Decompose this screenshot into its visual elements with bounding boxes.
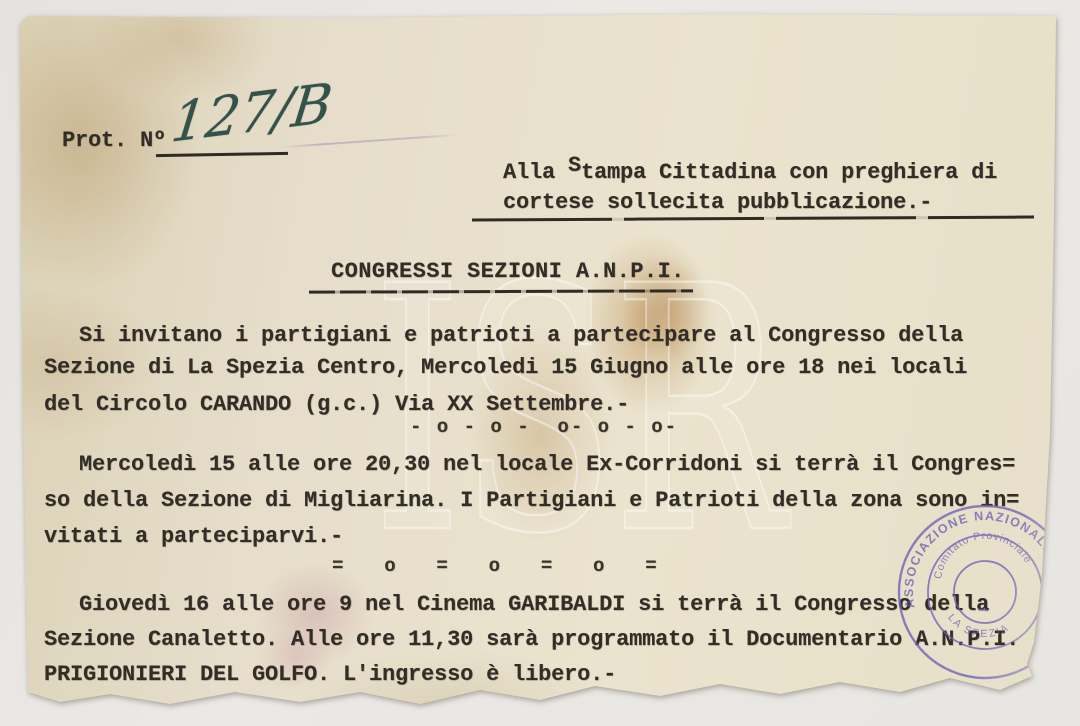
document-title: CONGRESSI SEZIONI A.N.P.I. [331,259,685,284]
recipient-line-1-rest: tampa Cittadina con preghiera di [581,160,997,185]
recipient-word: Alla [503,160,555,185]
stamp-outer-circle [890,497,1079,686]
anpi-round-stamp: ASSOCIAZIONE NAZIONALE PARTIGIANI Comita… [881,488,1080,697]
paragraph3-line2: Sezione Canaletto. Alle ore 11,30 sarà p… [44,627,1019,652]
stamp-outer-text: ASSOCIAZIONE NAZIONALE PARTIGIANI [883,488,1079,627]
recipient-underline [472,216,1034,222]
document-paper: ISR Prot. Nº 127/B Alla Stampa Cittadina… [20,14,1057,710]
paragraph2-line1: Mercoledì 15 alle ore 20,30 nel locale E… [79,452,1015,477]
recipient-line-2: cortese sollecita pubblicazione.- [503,190,932,215]
protocol-number-handwritten: 127/B [168,71,336,155]
stamp-center-dash [978,608,988,611]
recipient-raised-letter: S [568,153,581,178]
paragraph2-line2: so della Sezione di Migliarina. I Partig… [44,488,1019,513]
paragraph2-line3: vitati a parteciparvi.- [44,524,343,549]
section-separator-1: - o - o - o- o - o- [410,416,678,438]
paper-shadow-wrap: ISR Prot. Nº 127/B Alla Stampa Cittadina… [20,14,1057,710]
protocol-label: Prot. Nº [62,128,166,153]
paragraph3-line1: Giovedì 16 alle ore 9 nel Cinema GARIBAL… [79,592,989,617]
recipient-line-1: Alla Stampa Cittadina con preghiera di [503,160,997,185]
paragraph1-line2: Sezione di La Spezia Centro, Mercoledi 1… [44,355,967,380]
paragraph1-line3: del Circolo CARANDO (g.c.) Via XX Settem… [44,392,629,417]
stamp-inner-top-text: Comitato Provinciale [932,524,1037,589]
scan-background: ISR Prot. Nº 127/B Alla Stampa Cittadina… [0,0,1080,726]
paragraph1-line1: Si invitano i partigiani e patrioti a pa… [79,323,963,348]
stamp-inner-circle [951,558,1019,626]
paragraph3-line3: PRIGIONIERI DEL GOLFO. L'ingresso è libe… [44,662,616,687]
title-underline [309,289,693,293]
section-separator-2: = o = o = o = [332,555,663,577]
stamp-inner-bottom-text: LA SPEZIA [944,611,1014,643]
